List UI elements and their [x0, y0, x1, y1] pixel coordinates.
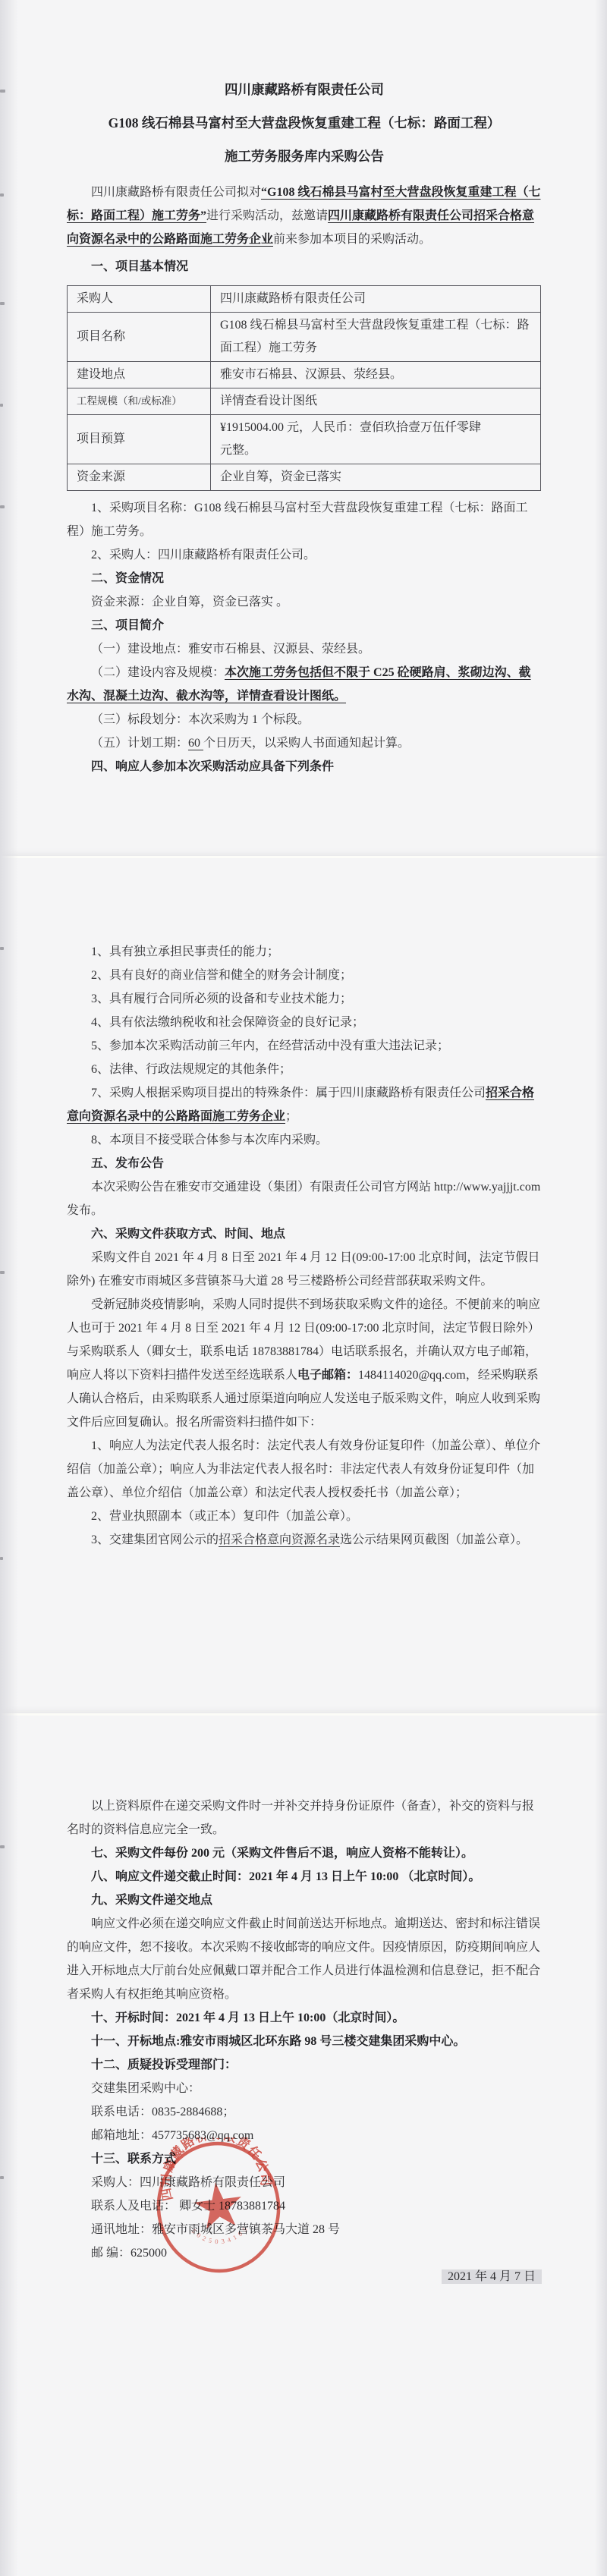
section1-item1: 1、采购项目名称：G108 线石棉县马富村至大营盘段恢复重建工程（七标：路面工程…	[67, 496, 542, 543]
stamp-company-text: 四川康藏路桥有限责任公司	[152, 2137, 274, 2202]
condition-item-7: 7、采购人根据采购项目提出的特殊条件：属于四川康藏路桥有限责任公司招采合格意向资…	[67, 1081, 542, 1128]
row-label: 建设地点	[68, 362, 211, 388]
scan-artifact	[0, 1557, 3, 1560]
section3-item3: （三）标段划分：本次采购为 1 个标段。	[67, 708, 542, 731]
scan-artifact	[0, 2176, 4, 2179]
section12-heading: 十二、质疑投诉受理部门：	[67, 2053, 542, 2077]
condition-item: 1、具有独立承担民事责任的能力；	[67, 940, 542, 964]
scan-artifact	[0, 947, 4, 950]
row-label: 工程规模（和/或标准）	[68, 388, 211, 415]
scan-artifact	[0, 404, 3, 407]
scan-artifact	[0, 90, 5, 93]
page-2-content: 1、具有独立承担民事责任的能力； 2、具有良好的商业信誉和健全的财务会计制度； …	[0, 858, 607, 1552]
section1-item2: 2、采购人：四川康藏路桥有限责任公司。	[67, 543, 542, 567]
scan-artifact	[0, 302, 5, 305]
section6-item3: 3、交建集团官网公示的招采合格意向资源名录选公示结果网页截图（加盖公章）。	[67, 1528, 542, 1552]
section3-item5-duration: 60	[188, 737, 203, 750]
table-row: 工程规模（和/或标准） 详情查看设计图纸	[68, 388, 541, 415]
stamp-group: 四川康藏路桥有限责任公司 5025034105	[152, 2137, 285, 2277]
stamp-star-icon	[192, 2179, 245, 2230]
section8-line: 八、响应文件递交截止时间：2021 年 4 月 13 日上午 10:00 （北京…	[67, 1865, 542, 1889]
section6-item1: 1、响应人为法定代表人报名时：法定代表人有效身份证复印件（加盖公章）、单位介绍信…	[67, 1434, 542, 1505]
section3-item5: （五）计划工期：60 个日历天，以采购人书面通知起计算。	[67, 731, 542, 755]
section1-heading: 一、项目基本情况	[67, 255, 542, 278]
company-stamp: 四川康藏路桥有限责任公司 5025034105	[152, 2137, 285, 2277]
condition7-post: ；	[285, 1110, 297, 1123]
section12-dept: 交建集团采购中心：	[67, 2077, 542, 2100]
section3-heading: 三、项目简介	[67, 614, 542, 637]
intro-mid: 进行采购活动，兹邀请	[206, 209, 328, 222]
signature-date: 2021 年 4 月 7 日	[442, 2269, 542, 2284]
row-label: 项目名称	[68, 313, 211, 362]
section13-contact: 联系人及电话： 卿女士 18783881784	[67, 2194, 542, 2218]
section13-heading: 十三、联系方式	[67, 2147, 542, 2171]
section11-line: 十一、开标地点:雅安市雨城区北环东路 98 号三楼交建集团采购中心。	[67, 2030, 542, 2053]
scan-artifact	[0, 1845, 5, 1848]
table-row: 资金来源 企业自筹，资金已落实	[68, 464, 541, 491]
section6-item3-post: 选公示结果网页截图（加盖公章）。	[340, 1533, 528, 1546]
title-announcement: 施工劳务服务库内采购公告	[67, 140, 542, 173]
condition7-pre: 7、采购人根据采购项目提出的特殊条件：属于四川康藏路桥有限责任公司	[91, 1087, 486, 1099]
section3-item5-pre: （五）计划工期：	[91, 737, 188, 750]
section10-line: 十、开标时间：2021 年 4 月 13 日上午 10:00（北京时间）。	[67, 2006, 542, 2030]
title-company: 四川康藏路桥有限责任公司	[67, 73, 542, 106]
signature-date-row: 2021 年 4 月 7 日	[67, 2265, 542, 2288]
row-label: 资金来源	[68, 464, 211, 491]
row-value: 四川康藏路桥有限责任公司	[211, 286, 541, 313]
section12-phone: 联系电话：0835-2884688；	[67, 2100, 542, 2124]
scan-artifact	[0, 1271, 5, 1274]
section13-address: 通讯地址：雅安市雨城区多营镇茶马大道 28 号	[67, 2218, 542, 2241]
section12-email: 邮箱地址：457735683@qq.com	[67, 2124, 542, 2147]
page-3: 以上资料原件在递交采购文件时一并补交并持身份证原件（备查），补交的资料与报名时的…	[0, 1713, 607, 2576]
section6-supplement: 以上资料原件在递交采购文件时一并补交并持身份证原件（备查），补交的资料与报名时的…	[67, 1794, 542, 1842]
stamp-code-text: 5025034105	[190, 2221, 250, 2249]
page-1-content: 四川康藏路桥有限责任公司 G108 线石棉县马富村至大营盘段恢复重建工程（七标：…	[0, 0, 607, 778]
section2-body: 资金来源：企业自筹，资金已落实 。	[67, 590, 542, 614]
table-row: 采购人 四川康藏路桥有限责任公司	[68, 286, 541, 313]
section6-para1: 采购文件自 2021 年 4 月 8 日至 2021 年 4 月 12 日(09…	[67, 1246, 542, 1293]
scanned-document: 四川康藏路桥有限责任公司 G108 线石棉县马富村至大营盘段恢复重建工程（七标：…	[0, 0, 607, 2576]
section13-postcode: 邮 编：625000	[67, 2241, 542, 2265]
condition-item-8: 8、本项目不接受联合体参与本次库内采购。	[67, 1128, 542, 1152]
scan-artifact	[0, 505, 5, 508]
section3-item2: （二）建设内容及规模：本次施工劳务包括但不限于 C25 砼硬路肩、浆砌边沟、截水…	[67, 661, 542, 708]
section9-heading: 九、采购文件递交地点	[67, 1889, 542, 1912]
section5-heading: 五、发布公告	[67, 1152, 542, 1175]
condition-item: 3、具有履行合同所必须的设备和专业技术能力；	[67, 987, 542, 1011]
table-row: 项目预算 ¥1915004.00 元，人民币：壹佰玖拾壹万伍仟零肆元整。	[68, 415, 541, 464]
section7-line: 七、采购文件每份 200 元（采购文件售后不退，响应人资格不能转让）。	[67, 1842, 542, 1865]
condition-item: 2、具有良好的商业信誉和健全的财务会计制度；	[67, 964, 542, 987]
section5-body: 本次采购公告在雅安市交通建设（集团）有限责任公司官方网站 http://www.…	[67, 1175, 542, 1222]
section13-buyer: 采购人：四川康藏路桥有限责任公司	[67, 2171, 542, 2194]
row-value: 企业自筹，资金已落实	[211, 464, 541, 491]
section6-item3-pre: 3、交建集团官网公示的	[91, 1533, 219, 1546]
section3-item5-post: 个日历天，以采购人书面通知起计算。	[203, 737, 410, 750]
section6-heading: 六、采购文件获取方式、时间、地点	[67, 1222, 542, 1246]
section3-item2-label: （二）建设内容及规模：	[91, 666, 225, 679]
condition-item: 6、法律、行政法规规定的其他条件；	[67, 1058, 542, 1081]
row-label: 项目预算	[68, 415, 211, 464]
project-basic-info-table: 采购人 四川康藏路桥有限责任公司 项目名称 G108 线石棉县马富村至大营盘段恢…	[67, 285, 541, 491]
table-row: 项目名称 G108 线石棉县马富村至大营盘段恢复重建工程（七标：路面工程）施工劳…	[68, 313, 541, 362]
page-3-content: 以上资料原件在递交采购文件时一并补交并持身份证原件（备查），补交的资料与报名时的…	[0, 1716, 607, 2288]
intro-pre: 四川康藏路桥有限责任公司拟对	[91, 186, 261, 199]
page-1: 四川康藏路桥有限责任公司 G108 线石棉县马富村至大营盘段恢复重建工程（七标：…	[0, 0, 607, 856]
section6-para2-email-label: 电子邮箱：	[297, 1369, 358, 1382]
section9-body: 响应文件必须在递交响应文件截止时间前送达开标地点。逾期送达、密封和标注错误的响应…	[67, 1912, 542, 2006]
row-label: 采购人	[68, 286, 211, 313]
page-2: 1、具有独立承担民事责任的能力； 2、具有良好的商业信誉和健全的财务会计制度； …	[0, 856, 607, 1713]
row-value: 雅安市石棉县、汉源县、荥经县。	[211, 362, 541, 388]
intro-post: 前来参加本项目的采购活动。	[273, 233, 431, 246]
section3-item1: （一）建设地点：雅安市石棉县、汉源县、荥经县。	[67, 637, 542, 661]
section6-item3-emphasis: 招采合格意向资源名录	[219, 1533, 340, 1546]
condition-item: 4、具有依法缴纳税收和社会保障资金的良好记录；	[67, 1011, 542, 1034]
scan-artifact	[0, 193, 4, 197]
condition-item: 5、参加本次采购活动前三年内，在经营活动中没有重大违法记录；	[67, 1034, 542, 1058]
section4-heading: 四、响应人参加本次采购活动应具备下列条件	[67, 755, 542, 778]
row-value: G108 线石棉县马富村至大营盘段恢复重建工程（七标：路面工程）施工劳务	[211, 313, 541, 362]
row-value: ¥1915004.00 元，人民币：壹佰玖拾壹万伍仟零肆元整。	[211, 415, 541, 464]
row-value: 详情查看设计图纸	[211, 388, 541, 415]
section2-heading: 二、资金情况	[67, 567, 542, 590]
section6-item2: 2、营业执照副本（或正本）复印件（加盖公章）。	[67, 1505, 542, 1528]
budget-value: ¥1915004.00 元，人民币：壹佰玖拾壹万伍仟零肆元整。	[220, 417, 492, 462]
title-project: G108 线石棉县马富村至大营盘段恢复重建工程（七标：路面工程）	[67, 106, 542, 140]
table-row: 建设地点 雅安市石棉县、汉源县、荥经县。	[68, 362, 541, 388]
section6-para2: 受新冠肺炎疫情影响，采购人同时提供不到场获取采购文件的途径。不便前来的响应人也可…	[67, 1293, 542, 1434]
intro-paragraph: 四川康藏路桥有限责任公司拟对“G108 线石棉县马富村至大营盘段恢复重建工程（七…	[67, 181, 542, 251]
